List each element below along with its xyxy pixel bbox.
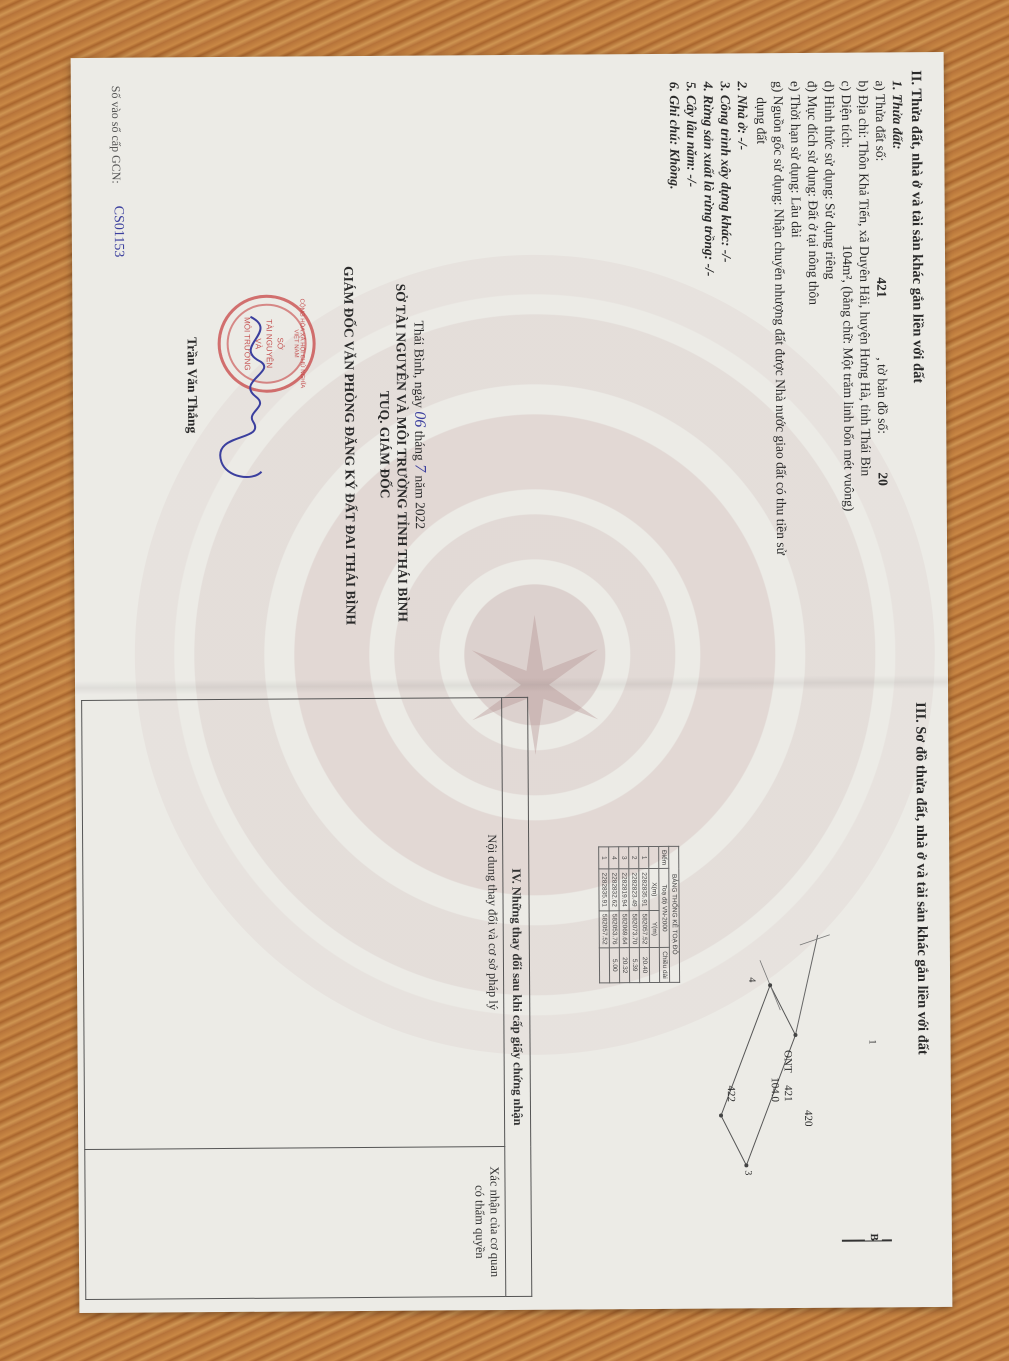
agency-name: SỞ TÀI NGUYÊN VÀ MÔI TRƯỜNG TỈNH THÁI BÌ… <box>392 284 411 622</box>
coord-cell-y: 582053.76 <box>609 910 619 948</box>
map-sheet: 20 <box>875 472 892 486</box>
page-section-2: II. Thửa đất, nhà ở và tài sản khác gắn … <box>71 52 948 681</box>
coord-cell-y: 582069.64 <box>619 910 629 948</box>
month-label: tháng <box>412 431 427 461</box>
coord-row: 32282819.94582069.6420.32 <box>619 847 630 983</box>
map-sheet-label: , tờ bản đồ số: <box>874 357 892 434</box>
usage-purpose: đ) Mục đích sử dụng: Đất ở tại nông thôn <box>804 81 823 305</box>
parcel-area-diagram: 104.0 <box>766 1077 783 1102</box>
confirm-line-2: có thẩm quyền <box>471 1150 487 1293</box>
parcel-heading: 1. Thửa đất: <box>889 80 906 149</box>
perennial-trees: 5. Cây lâu năm: -/- <box>683 82 701 188</box>
vertex-1: 1 <box>864 1039 881 1044</box>
stamp-ring-text: CỘNG HÒA XÃ HỘI CHỦ NGHĨA VIỆT NAM <box>292 297 305 389</box>
parcel-label: ONT <box>779 1050 796 1073</box>
tuq-title: TUQ. GIÁM ĐỐC <box>376 391 394 499</box>
usage-term: e) Thời hạn sử dụng: Lâu dài <box>787 81 805 238</box>
changes-content-col: Nội dung thay đổi và cơ sở pháp lý <box>82 698 505 1150</box>
coord-cell-y: 582057.52 <box>639 910 649 948</box>
area-value: 104m², (bằng chữ: Một trăm linh bốn mét … <box>839 245 858 512</box>
coord-cell-x: 2282835.91 <box>599 869 609 910</box>
coord-cell-len: 20.32 <box>619 948 629 983</box>
notes: 6. Ghi chú: Không. <box>666 82 684 190</box>
vertex-3: 3 <box>739 1170 756 1175</box>
north-arrow-label: B <box>865 1233 882 1240</box>
section4-title: IV. Những thay đổi sau khi cấp giấy chứn… <box>502 697 532 1296</box>
coord-header-system: Toạ độ VN-2000 <box>659 869 670 948</box>
coord-row: 42282832.62582053.765.00 <box>609 847 620 983</box>
coord-header-x: X(m) <box>649 869 659 910</box>
vertex-4: 4 <box>743 977 760 982</box>
coord-header-length: Chiều dài <box>659 948 669 983</box>
parcel-no-label: a) Thửa đất số: <box>872 80 890 161</box>
coord-cell-point: 1 <box>639 847 649 869</box>
usage-origin: g) Nguồn gốc sử dụng: Nhận chuyển nhượng… <box>770 81 790 555</box>
coord-cell-point: 3 <box>619 847 629 869</box>
coord-cell-x: 2282823.49 <box>629 869 639 910</box>
coord-cell-x: 2282819.94 <box>619 869 629 910</box>
coord-cell-len: 5.00 <box>609 948 619 983</box>
coord-row: 22282823.49582073.705.39 <box>629 847 640 983</box>
house: 2. Nhà ở: -/- <box>734 81 751 150</box>
coord-table-title: BẢNG THỐNG KÊ TOẠ ĐỘ <box>669 846 680 982</box>
parcel-no: 421 <box>873 277 890 297</box>
coord-table-body: 12282835.91582057.5220.4022282823.495820… <box>599 847 650 983</box>
page-section-3-4: III. Sơ đồ thửa đất, nhà ở và tài sản kh… <box>75 684 952 1313</box>
coord-cell-x: 2282832.62 <box>609 869 619 910</box>
coord-cell-len <box>599 948 609 983</box>
coord-row: 12282835.91582057.52 <box>599 847 610 983</box>
area-label: c) Diện tích: <box>838 81 855 149</box>
land-certificate-paper: II. Thửa đất, nhà ở và tài sản khác gắn … <box>71 52 953 1313</box>
coord-cell-len: 20.40 <box>639 948 649 983</box>
coord-cell-y: 582073.70 <box>629 910 639 948</box>
date-day: 06 <box>411 411 428 427</box>
coord-cell-y: 582057.52 <box>599 910 609 948</box>
usage-origin-cont: dụng đất <box>753 97 770 144</box>
signature-icon <box>200 312 291 493</box>
production-forest: 4. Rừng sản xuất là rừng trồng: -/- <box>700 82 718 277</box>
coord-cell-point: 2 <box>629 847 639 869</box>
coord-cell-len: 5.39 <box>629 948 639 983</box>
confirm-line-1: Xác nhận của cơ quan <box>486 1150 502 1293</box>
registry-label: Số vào sổ cấp GCN: <box>107 86 125 184</box>
coord-cell-point: 1 <box>599 847 609 869</box>
section2-title: II. Thửa đất, nhà ở và tài sản khác gắn … <box>907 70 926 383</box>
office-name: GIÁM ĐỐC VĂN PHÒNG ĐĂNG KÝ ĐẤT ĐAI THÁI … <box>340 266 360 625</box>
other-construction: 3. Công trình xây dựng khác: -/- <box>717 81 735 262</box>
sign-date: Thái Bình, ngày 06 tháng 7 năm 2022 <box>410 321 428 530</box>
changes-confirm-col: Xác nhận của cơ quan có thẩm quyền <box>85 1147 506 1300</box>
coordinate-table: BẢNG THỐNG KÊ TOẠ ĐỘ Điểm Toạ độ VN-2000… <box>598 846 680 983</box>
year-label: năm 2022 <box>413 475 428 529</box>
neighbor-422: 422 <box>722 1085 739 1102</box>
registry-number: CS01153 <box>110 206 127 258</box>
neighbor-420: 420 <box>799 1110 816 1127</box>
address: b) Địa chỉ: Thôn Khả Tiến, xã Duyên Hải,… <box>855 80 875 476</box>
changes-table: IV. Những thay đổi sau khi cấp giấy chứn… <box>81 697 532 1300</box>
section3-title: III. Sơ đồ thửa đất, nhà ở và tài sản kh… <box>911 702 930 1055</box>
coord-cell-point: 4 <box>609 847 619 869</box>
coord-header-point: Điểm <box>659 846 669 868</box>
parcel-diagram <box>690 914 912 1216</box>
coord-cell-x: 2282835.91 <box>639 869 649 910</box>
signer-name: Trần Văn Thắng <box>184 337 202 433</box>
usage-form: d) Hình thức sử dụng: Sử dụng riêng <box>821 81 839 280</box>
coord-header-y: Y(m) <box>649 910 659 948</box>
date-prefix: Thái Bình, ngày <box>411 321 427 408</box>
coord-row: 12282835.91582057.5220.40 <box>639 847 650 983</box>
date-month: 7 <box>411 464 428 472</box>
